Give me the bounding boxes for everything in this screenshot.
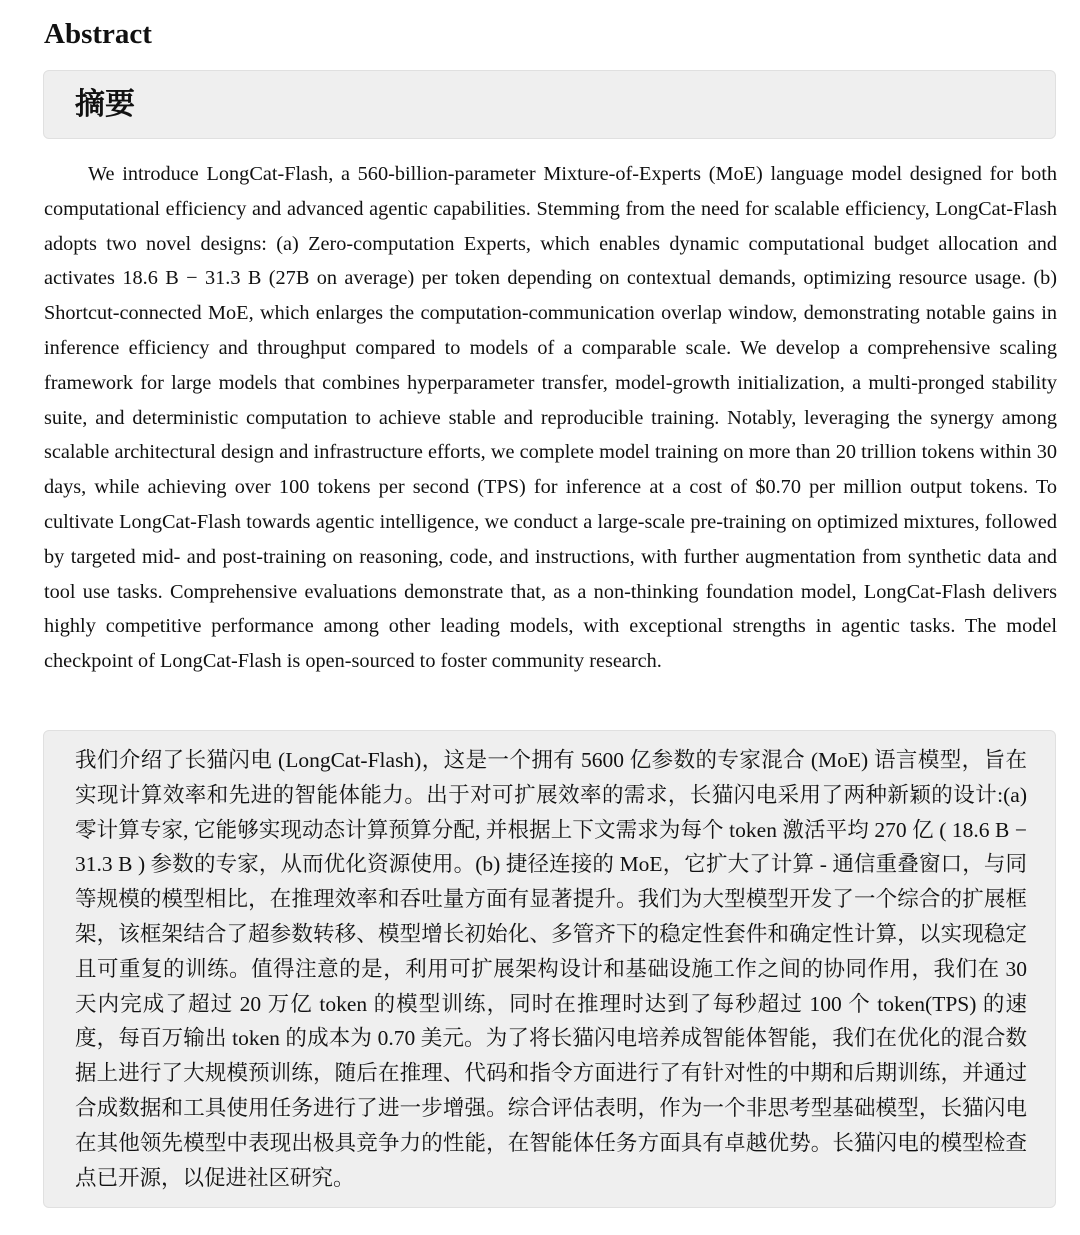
chinese-abstract-heading: 摘要: [75, 85, 135, 125]
english-abstract-text: We introduce LongCat-Flash, a 560-billio…: [44, 157, 1057, 679]
chinese-abstract-box: 我们介绍了长猫闪电 (LongCat-Flash)，这是一个拥有 5600 亿参…: [43, 730, 1056, 1208]
chinese-heading-box: 摘要: [43, 70, 1056, 139]
chinese-abstract-text: 我们介绍了长猫闪电 (LongCat-Flash)，这是一个拥有 5600 亿参…: [75, 743, 1027, 1195]
abstract-heading: Abstract: [44, 14, 152, 54]
